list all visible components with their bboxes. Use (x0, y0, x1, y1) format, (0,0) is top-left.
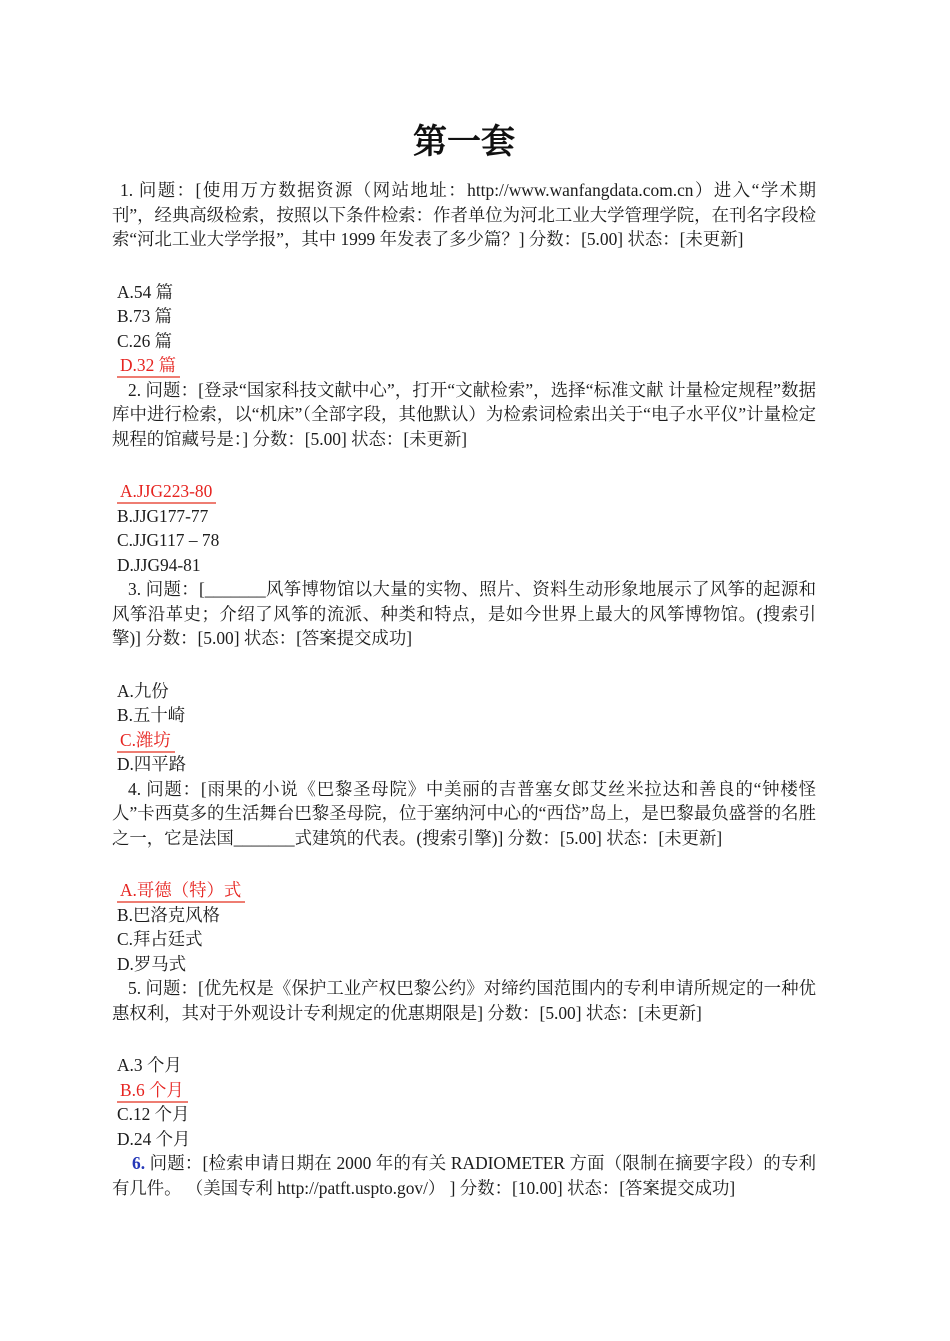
score-label: 分数：[5.00] (529, 229, 623, 249)
question-prefix: 问题： (146, 978, 198, 998)
q1-option-b: B.73 篇 (112, 304, 816, 329)
q3-option-c: C.潍坊 (112, 728, 816, 753)
option-label: C.12 个月 (117, 1104, 189, 1124)
option-label: D.JJG94-81 (117, 555, 201, 575)
option-label: C.拜占廷式 (117, 929, 203, 949)
question-6: 6. 问题：[检索申请日期在 2000 年的有关 RADIOMETER 方面（限… (112, 1151, 816, 1200)
status-label: 状态：[未更新] (627, 229, 743, 249)
option-label: D.四平路 (117, 754, 186, 774)
question-prefix: 问题： (139, 180, 196, 200)
option-label-correct: A.哥德（特）式 (117, 880, 245, 903)
q2-option-c: C.JJG117 – 78 (112, 528, 816, 553)
question-4-options: A.哥德（特）式 B.巴洛克风格 C.拜占廷式 D.罗马式 (112, 878, 816, 976)
option-label: B.巴洛克风格 (117, 905, 220, 925)
question-3: 3. 问题：[_______风筝博物馆以大量的实物、照片、资料生动形象地展示了风… (112, 577, 816, 651)
q3-option-b: B.五十崎 (112, 703, 816, 728)
option-label: D.罗马式 (117, 954, 186, 974)
question-5-options: A.3 个月 B.6 个月 C.12 个月 D.24 个月 (112, 1053, 816, 1151)
question-prefix: 问题： (146, 579, 199, 599)
question-3-options: A.九份 B.五十崎 C.潍坊 D.四平路 (112, 679, 816, 777)
option-label: C.JJG117 – 78 (117, 530, 219, 550)
option-label-correct: C.潍坊 (117, 730, 175, 753)
question-2-options: A.JJG223-80 B.JJG177-77 C.JJG117 – 78 D.… (112, 479, 816, 577)
q4-option-a: A.哥德（特）式 (112, 878, 816, 903)
status-label: 状态：[答案提交成功] (244, 628, 412, 648)
question-number: 1. (120, 180, 133, 200)
question-number: 2. (128, 380, 141, 400)
option-label: A.54 篇 (117, 282, 173, 302)
exam-document: 第一套 1. 问题：[使用万方数据资源（网站地址：http://www.wanf… (112, 0, 816, 1200)
question-prefix: 问题： (150, 1153, 203, 1173)
q1-option-c: C.26 篇 (112, 329, 816, 354)
status-label: 状态：[未更新] (586, 1003, 702, 1023)
score-label: 分数：[5.00] (145, 628, 239, 648)
status-label: 状态：[未更新] (351, 429, 467, 449)
q1-option-d: D.32 篇 (112, 353, 816, 378)
q4-option-b: B.巴洛克风格 (112, 903, 816, 928)
option-label-correct: B.6 个月 (117, 1080, 188, 1103)
status-label: 状态：[未更新] (606, 828, 722, 848)
q3-option-d: D.四平路 (112, 752, 816, 777)
option-label-correct: D.32 篇 (117, 355, 180, 378)
question-5: 5. 问题：[优先权是《保护工业产权巴黎公约》对缔约国范围内的专利申请所规定的一… (112, 976, 816, 1025)
option-label: C.26 篇 (117, 331, 172, 351)
question-number: 3. (128, 579, 141, 599)
score-label: 分数：[5.00] (487, 1003, 581, 1023)
option-label: B.五十崎 (117, 705, 185, 725)
option-label-correct: A.JJG223-80 (117, 481, 216, 504)
q5-option-a: A.3 个月 (112, 1053, 816, 1078)
option-label: B.73 篇 (117, 306, 172, 326)
question-1-options: A.54 篇 B.73 篇 C.26 篇 D.32 篇 (112, 280, 816, 378)
question-text: [优先权是《保护工业产权巴黎公约》对缔约国范围内的专利申请所规定的一种优惠权利，… (112, 978, 816, 1023)
q1-option-a: A.54 篇 (112, 280, 816, 305)
page-title: 第一套 (112, 123, 816, 163)
question-4: 4. 问题：[雨果的小说《巴黎圣母院》中美丽的吉普塞女郎艾丝米拉达和善良的“钟楼… (112, 777, 816, 851)
option-label: B.JJG177-77 (117, 506, 208, 526)
q5-option-c: C.12 个月 (112, 1102, 816, 1127)
option-label: A.3 个月 (117, 1055, 182, 1075)
q5-option-b: B.6 个月 (112, 1078, 816, 1103)
question-number: 6. (132, 1153, 145, 1173)
q3-option-a: A.九份 (112, 679, 816, 704)
score-label: 分数：[10.00] (460, 1178, 563, 1198)
q2-option-a: A.JJG223-80 (112, 479, 816, 504)
question-prefix: 问题： (146, 779, 201, 799)
question-number: 5. (128, 978, 141, 998)
option-label: A.九份 (117, 681, 169, 701)
question-number: 4. (128, 779, 141, 799)
q4-option-d: D.罗马式 (112, 952, 816, 977)
question-2: 2. 问题：[登录“国家科技文献中心”，打开“文献检索”，选择“标准文献 计量检… (112, 378, 816, 452)
q2-option-d: D.JJG94-81 (112, 553, 816, 578)
q5-option-d: D.24 个月 (112, 1127, 816, 1152)
q2-option-b: B.JJG177-77 (112, 504, 816, 529)
status-label: 状态：[答案提交成功] (567, 1178, 735, 1198)
q4-option-c: C.拜占廷式 (112, 927, 816, 952)
question-1: 1. 问题：[使用万方数据资源（网站地址：http://www.wanfangd… (112, 178, 816, 252)
question-prefix: 问题： (146, 380, 199, 400)
option-label: D.24 个月 (117, 1129, 190, 1149)
score-label: 分数：[5.00] (508, 828, 602, 848)
score-label: 分数：[5.00] (253, 429, 347, 449)
